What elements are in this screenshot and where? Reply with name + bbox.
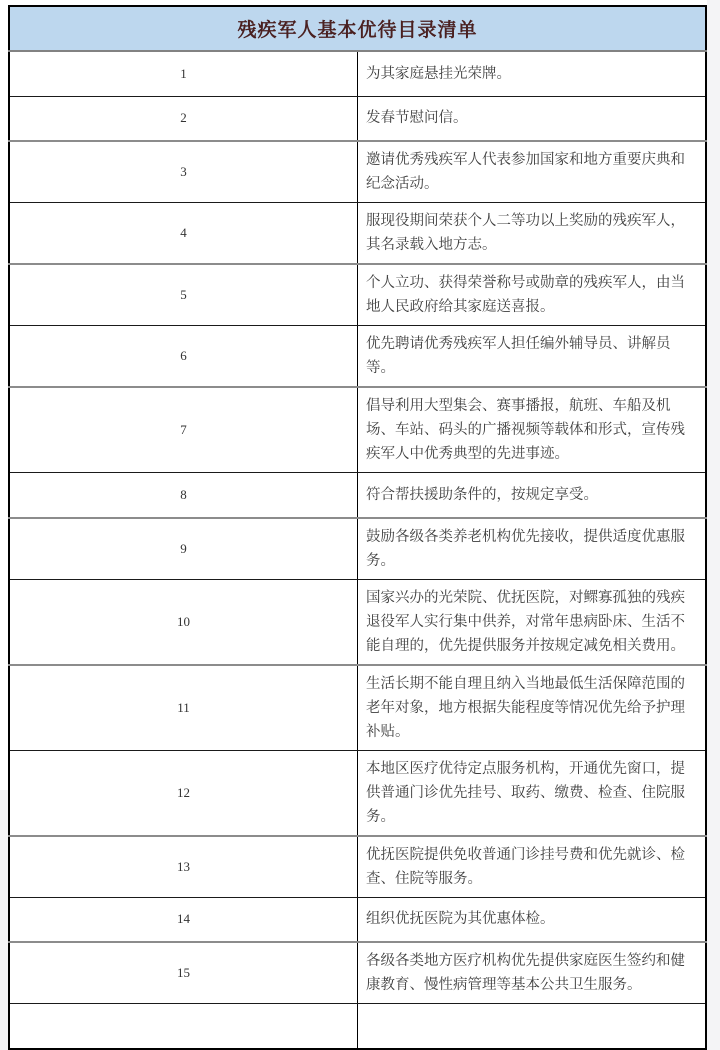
table-row: 9 鼓励各级各类养老机构优先接收，提供适度优惠服务。: [9, 518, 706, 580]
table-row: 7 倡导利用大型集会、赛事播报，航班、车船及机场、车站、码头的广播视频等载体和形…: [9, 387, 706, 473]
row-text: 倡导利用大型集会、赛事播报，航班、车船及机场、车站、码头的广播视频等载体和形式，…: [358, 387, 707, 473]
table-row: 11 生活长期不能自理且纳入当地最低生活保障范围的老年对象，地方根据失能程度等情…: [9, 665, 706, 751]
row-number: 1: [9, 51, 358, 96]
row-text: 为其家庭悬挂光荣牌。: [358, 51, 707, 96]
row-text: 发春节慰问信。: [358, 96, 707, 141]
row-text: 国家兴办的光荣院、优抚医院，对鳏寡孤独的残疾退役军人实行集中供养，对常年患病卧床…: [358, 579, 707, 665]
row-text: 服现役期间荣获个人二等功以上奖励的残疾军人，其名录载入地方志。: [358, 203, 707, 265]
row-text: 本地区医疗优待定点服务机构，开通优先窗口，提供普通门诊优先挂号、取药、缴费、检查…: [358, 750, 707, 790]
table-row: 8 符合帮扶援助条件的，按规定享受。: [9, 473, 706, 518]
row-number: 10: [9, 579, 358, 665]
row-number: 6: [9, 326, 358, 388]
row-text: 生活长期不能自理且纳入当地最低生活保障范围的老年对象，地方根据失能程度等情况优先…: [358, 665, 707, 751]
row-number: 12: [9, 750, 358, 790]
table-row: 3 邀请优秀残疾军人代表参加国家和地方重要庆典和纪念活动。: [9, 141, 706, 203]
row-text: 符合帮扶援助条件的，按规定享受。: [358, 473, 707, 518]
row-number: 11: [9, 665, 358, 751]
table-row: 5 个人立功、获得荣誉称号或勋章的残疾军人，由当地人民政府给其家庭送喜报。: [9, 264, 706, 326]
table-row: 1 为其家庭悬挂光荣牌。: [9, 51, 706, 96]
row-number: 7: [9, 387, 358, 473]
row-text: 优先聘请优秀残疾军人担任编外辅导员、讲解员等。: [358, 326, 707, 388]
row-number: 3: [9, 141, 358, 203]
row-text: 邀请优秀残疾军人代表参加国家和地方重要庆典和纪念活动。: [358, 141, 707, 203]
row-number: 9: [9, 518, 358, 580]
page-title: 残疾军人基本优待目录清单: [9, 6, 706, 51]
row-number: 4: [9, 203, 358, 265]
table-row: 4 服现役期间荣获个人二等功以上奖励的残疾军人，其名录载入地方志。: [9, 203, 706, 265]
row-number: 2: [9, 96, 358, 141]
table-header-row: 残疾军人基本优待目录清单: [9, 6, 706, 51]
row-number: 5: [9, 264, 358, 326]
row-text: 鼓励各级各类养老机构优先接收，提供适度优惠服务。: [358, 518, 707, 580]
table-body: 1 为其家庭悬挂光荣牌。 2 发春节慰问信。 3 邀请优秀残疾军人代表参加国家和…: [9, 51, 706, 790]
row-text: 个人立功、获得荣誉称号或勋章的残疾军人，由当地人民政府给其家庭送喜报。: [358, 264, 707, 326]
table-row: 2 发春节慰问信。: [9, 96, 706, 141]
table-row: 12 本地区医疗优待定点服务机构，开通优先窗口，提供普通门诊优先挂号、取药、缴费…: [9, 750, 706, 790]
table-row: 10 国家兴办的光荣院、优抚医院，对鳏寡孤独的残疾退役军人实行集中供养，对常年患…: [9, 579, 706, 665]
document-page: 残疾军人基本优待目录清单 1 为其家庭悬挂光荣牌。 2 发春节慰问信。 3 邀请…: [0, 0, 707, 790]
benefits-table: 残疾军人基本优待目录清单 1 为其家庭悬挂光荣牌。 2 发春节慰问信。 3 邀请…: [8, 5, 707, 790]
row-number: 8: [9, 473, 358, 518]
table-row: 6 优先聘请优秀残疾军人担任编外辅导员、讲解员等。: [9, 326, 706, 388]
